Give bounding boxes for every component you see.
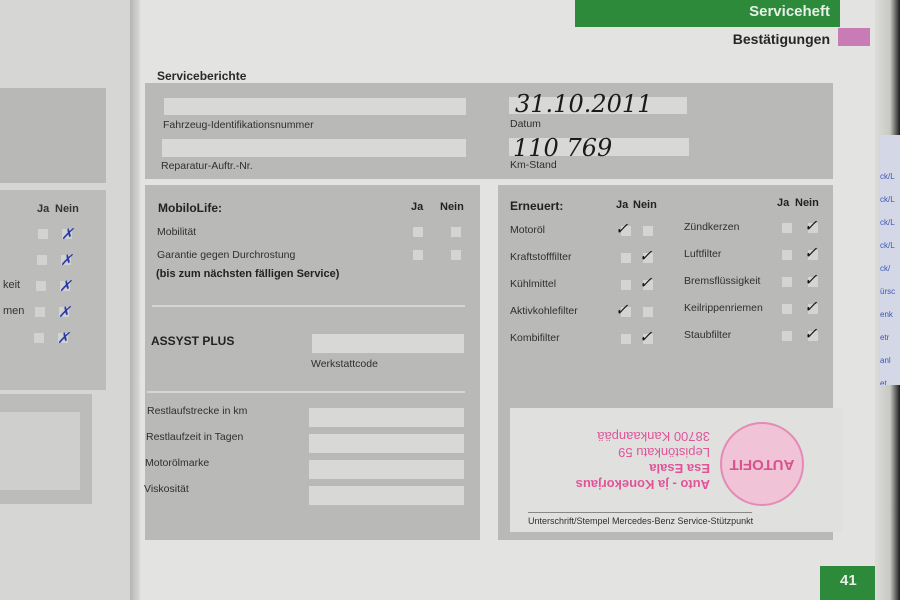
check-mark-icon: ✗ — [58, 303, 71, 321]
divider — [147, 391, 465, 393]
part-ja-checkbox[interactable] — [621, 334, 631, 344]
edge-tab-label: ck/L — [880, 165, 900, 188]
edge-tab-label: ck/L — [880, 211, 900, 234]
assyst-field-label: Motorölmarke — [145, 457, 209, 469]
assyst-field-label: Viskosität — [144, 483, 189, 495]
check-mark-icon: ✓ — [615, 303, 628, 317]
part-label: Aktivkohlefilter — [510, 305, 578, 317]
subsection-header: Bestätigungen — [680, 31, 830, 47]
left-ja-checkbox[interactable] — [34, 333, 44, 343]
mobilolife-nein-checkbox[interactable] — [451, 250, 461, 260]
erneuert-col-nein-left: Nein — [633, 199, 657, 211]
check-mark-icon: ✗ — [60, 251, 73, 269]
assyst-field-input[interactable] — [309, 486, 464, 505]
mileage-value: 110 769 — [513, 134, 612, 162]
assyst-title: ASSYST PLUS — [151, 334, 234, 348]
divider — [152, 305, 465, 307]
part-ja-checkbox[interactable] — [782, 304, 792, 314]
mobilolife-item-label: Garantie gegen Durchrostung — [157, 249, 295, 261]
edge-tab-label: ck/L — [880, 188, 900, 211]
erneuert-col-nein-right: Nein — [795, 197, 819, 209]
edge-tab-strip: ck/Lck/Lck/Lck/Lck/ürscenketranlet — [880, 135, 900, 385]
left-ja-checkbox[interactable] — [35, 307, 45, 317]
assyst-field-label: Restlaufstrecke in km — [147, 405, 247, 417]
left-ja-checkbox[interactable] — [36, 281, 46, 291]
check-mark-icon: ✓ — [615, 222, 628, 236]
section-header: Serviceheft — [575, 0, 840, 27]
assyst-field-input[interactable] — [309, 434, 464, 453]
part-nein-checkbox[interactable] — [643, 307, 653, 317]
erneuert-col-ja-right: Ja — [777, 197, 789, 209]
repair-order-field[interactable] — [162, 139, 466, 157]
check-mark-icon: ✓ — [804, 273, 817, 287]
edge-tab-label: et — [880, 372, 900, 385]
signature-label: Unterschrift/Stempel Mercedes-Benz Servi… — [528, 516, 753, 526]
date-value: 31.10.2011 — [515, 90, 652, 118]
mobilolife-col-ja: Ja — [411, 201, 423, 213]
mobilolife-col-nein: Nein — [440, 201, 464, 213]
part-label: Kühlmittel — [510, 278, 556, 290]
check-mark-icon: ✓ — [639, 276, 652, 290]
assyst-field-input[interactable] — [309, 408, 464, 427]
vin-label: Fahrzeug-Identifikationsnummer — [163, 119, 314, 131]
check-mark-icon: ✓ — [804, 219, 817, 233]
assyst-field-label: Restlaufzeit in Tagen — [146, 431, 243, 443]
check-mark-icon: ✗ — [61, 225, 74, 243]
check-mark-icon: ✗ — [57, 329, 70, 347]
erneuert-col-ja-left: Ja — [616, 199, 628, 211]
mobilolife-ja-checkbox[interactable] — [413, 227, 423, 237]
stamp-logo: AUTOFIT — [720, 422, 804, 506]
left-bottom-field — [0, 412, 80, 490]
section-color-tab — [838, 28, 870, 46]
part-label: Motoröl — [510, 224, 545, 236]
page-number: 41 — [820, 566, 875, 600]
signature-line — [528, 512, 752, 513]
left-row-label: men — [3, 305, 24, 317]
left-top-panel — [0, 88, 106, 183]
repair-order-label: Reparatur-Auftr.-Nr. — [161, 160, 253, 172]
part-label: Staubfilter — [684, 329, 731, 341]
mobilolife-title: MobiloLife: — [158, 201, 222, 215]
part-ja-checkbox[interactable] — [621, 253, 631, 263]
left-col-nein: Nein — [55, 203, 79, 215]
edge-tab-label: anl — [880, 349, 900, 372]
edge-tab-label: ck/ — [880, 257, 900, 280]
check-mark-icon: ✓ — [804, 300, 817, 314]
check-mark-icon: ✓ — [804, 246, 817, 260]
edge-tab-label: etr — [880, 326, 900, 349]
check-mark-icon: ✓ — [804, 327, 817, 341]
part-ja-checkbox[interactable] — [621, 280, 631, 290]
edge-tab-label: ürsc — [880, 280, 900, 303]
mobilolife-nein-checkbox[interactable] — [451, 227, 461, 237]
part-label: Luftfilter — [684, 248, 721, 260]
workshop-code-field[interactable] — [312, 334, 464, 353]
part-ja-checkbox[interactable] — [782, 331, 792, 341]
stamp-address: Auto - ja Konekorjaus Esa Esala Lepistön… — [540, 428, 710, 492]
part-label: Kombifilter — [510, 332, 560, 344]
form-title: Serviceberichte — [157, 69, 246, 83]
part-label: Keilrippenriemen — [684, 302, 763, 314]
erneuert-title: Erneuert: — [510, 199, 563, 213]
date-label: Datum — [510, 118, 541, 130]
left-col-ja: Ja — [37, 203, 49, 215]
part-nein-checkbox[interactable] — [643, 226, 653, 236]
part-ja-checkbox[interactable] — [782, 250, 792, 260]
mileage-label: Km-Stand — [510, 159, 557, 171]
check-mark-icon: ✓ — [639, 330, 652, 344]
mobilolife-ja-checkbox[interactable] — [413, 250, 423, 260]
left-ja-checkbox[interactable] — [37, 255, 47, 265]
part-label: Kraftstofffilter — [510, 251, 571, 263]
mobilolife-item-label: Mobilität — [157, 226, 196, 238]
part-ja-checkbox[interactable] — [782, 277, 792, 287]
left-ja-checkbox[interactable] — [38, 229, 48, 239]
check-mark-icon: ✗ — [59, 277, 72, 295]
workshop-code-label: Werkstattcode — [311, 358, 378, 370]
assyst-field-input[interactable] — [309, 460, 464, 479]
check-mark-icon: ✓ — [639, 249, 652, 263]
part-label: Zündkerzen — [684, 221, 739, 233]
left-row-label: keit — [3, 279, 20, 291]
part-ja-checkbox[interactable] — [782, 223, 792, 233]
vin-field[interactable] — [164, 98, 466, 115]
edge-tab-label: enk — [880, 303, 900, 326]
part-label: Bremsflüssigkeit — [684, 275, 760, 287]
edge-tab-label: ck/L — [880, 234, 900, 257]
mobilolife-note: (bis zum nächsten fälligen Service) — [156, 268, 339, 280]
